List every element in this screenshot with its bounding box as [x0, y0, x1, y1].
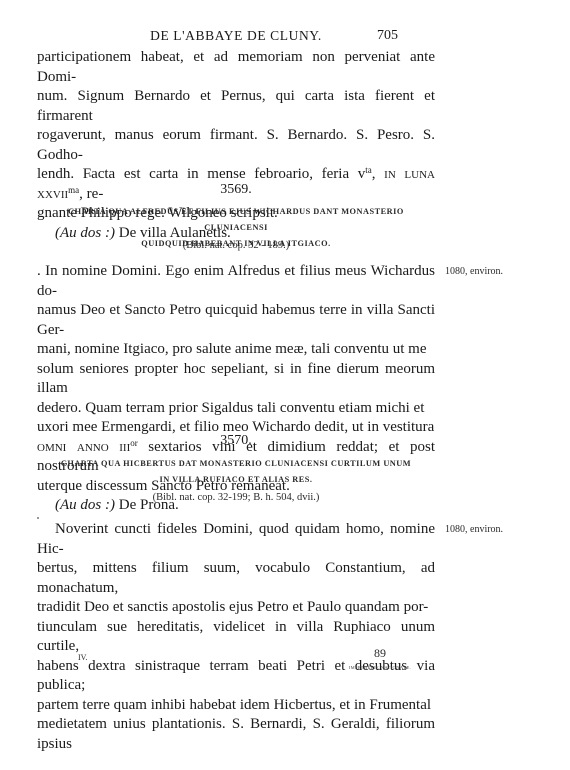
- text-line: tradidit Deo et sanctis apostolis ejus P…: [37, 598, 435, 618]
- text-line: . In nomine Domini. Ego enim Alfredus et…: [37, 262, 435, 301]
- charter-title-line: IN VILLA RUFIACO ET ALIAS RES.: [37, 472, 435, 488]
- printer-imprint: IMPRIMERIE NATIONALE.: [300, 665, 460, 670]
- text-line: rogaverunt, manus eorum firmant. S. Bern…: [37, 126, 435, 165]
- signature-mark: IV.: [78, 653, 87, 662]
- print-speck: [89, 175, 91, 177]
- charter-number: 3570.: [37, 433, 435, 449]
- charter-source: (Bibl. nat. cop. 32-199; B. h. 504, dvii…: [37, 492, 435, 503]
- text-line: solum seniores propter hoc sepeliant, si…: [37, 360, 435, 399]
- print-speck: [37, 517, 39, 519]
- page-number: 705: [377, 28, 398, 44]
- margin-date: 1080, environ.: [445, 524, 503, 535]
- text-segment: lendh. Facta est carta in mense febroari…: [37, 166, 365, 182]
- text-line: mani, nomine Itgiaco, pro salute anime m…: [37, 340, 435, 360]
- margin-date: 1080, environ.: [445, 266, 503, 277]
- text-line: participationem habeat, et ad memoriam n…: [37, 48, 435, 87]
- text-line: partem terre quam inhibi habebat idem Hi…: [37, 696, 435, 716]
- text-line: habens dextra sinistraque terram beati P…: [37, 657, 435, 696]
- text-line: bertus, mittens filium suum, vocabulo Co…: [37, 559, 435, 598]
- gathering-number: 89: [300, 646, 460, 661]
- running-header: DE L'ABBAYE DE CLUNY. 705: [37, 28, 435, 48]
- text-line: namus Deo et Sancto Petro quicquid habem…: [37, 301, 435, 340]
- charter-title-line: CHARTA QUA HICBERTUS DAT MONASTERIO CLUN…: [37, 456, 435, 472]
- charter-source: (Bibl. nat. cop. 32 - 189.): [37, 240, 435, 251]
- text-line: Noverint cuncti fideles Domini, quod qui…: [37, 520, 435, 559]
- document-page: DE L'ABBAYE DE CLUNY. 705 participatione…: [0, 0, 570, 770]
- text-line: num. Signum Bernardo et Pernus, qui cart…: [37, 87, 435, 126]
- charter-title: CHARTA QUA HICBERTUS DAT MONASTERIO CLUN…: [37, 456, 435, 488]
- running-title: DE L'ABBAYE DE CLUNY.: [37, 28, 435, 44]
- charter-text: Noverint cuncti fideles Domini, quod qui…: [37, 520, 435, 754]
- charter-title-line: CHARTA QUA ALFREDUS ET FILIUS EJUS WICHA…: [37, 204, 435, 236]
- text-line: medietatem unius plantationis. S. Bernar…: [37, 715, 435, 754]
- text-line: dedero. Quam terram prior Sigaldus tali …: [37, 399, 435, 419]
- charter-number: 3569.: [37, 182, 435, 198]
